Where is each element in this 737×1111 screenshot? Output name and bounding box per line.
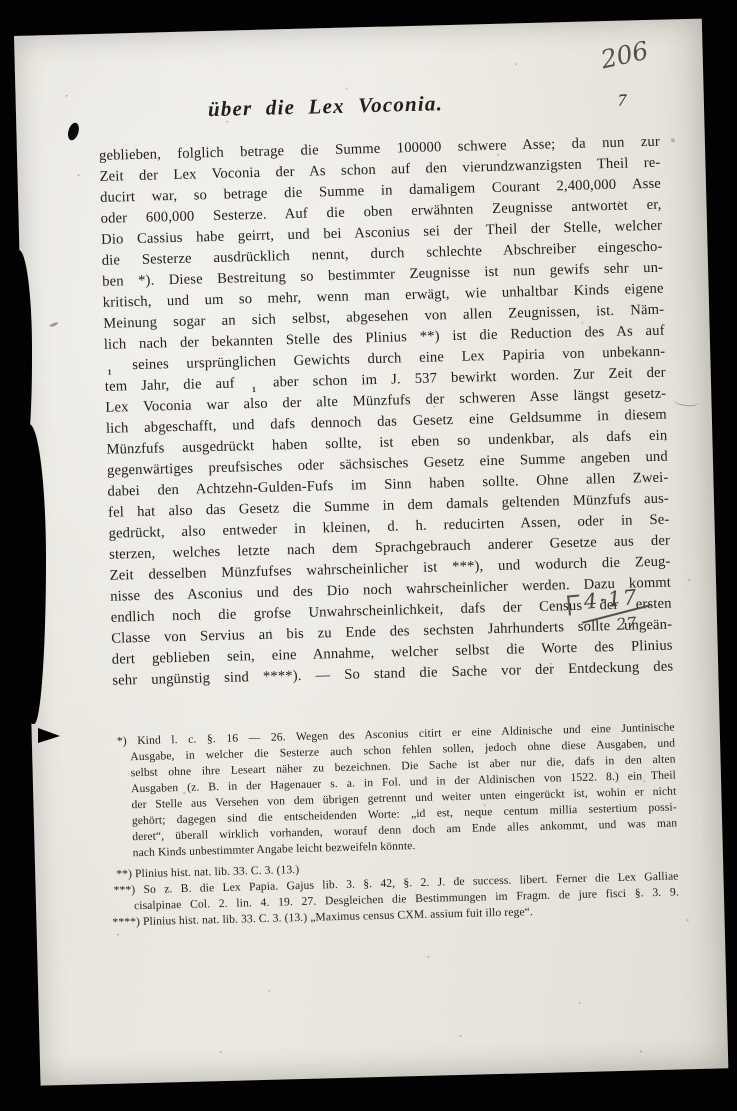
bracket-mark (567, 595, 581, 616)
margin-annotation-bottom: 27 (615, 612, 653, 634)
torn-edge (14, 424, 46, 724)
paper-speckle-texture (14, 36, 16, 38)
torn-edge-spike (38, 728, 60, 743)
scanned-page-background: 206 über die Lex Voconia. 7 geblieben, f… (0, 0, 737, 1111)
margin-annotation-top: 4·17 (583, 584, 651, 614)
ink-splotch (66, 121, 81, 141)
page-number: 7 (618, 91, 627, 111)
body-line-text: tem Jahr, die auf (105, 376, 235, 395)
footnotes: *) Kind l. c. §. 16 — 26. Wegen des Asco… (108, 720, 680, 931)
handwritten-margin-annotation: 4·17 27 (583, 584, 653, 637)
inline-fraction: 124 (104, 369, 115, 377)
page-title: über die Lex Voconia. (208, 91, 444, 122)
faint-pencil-arc (673, 394, 700, 408)
margin-speck (49, 322, 58, 328)
book-page: 206 über die Lex Voconia. 7 geblieben, f… (14, 19, 728, 1086)
handwritten-folio-number: 206 (598, 36, 651, 75)
